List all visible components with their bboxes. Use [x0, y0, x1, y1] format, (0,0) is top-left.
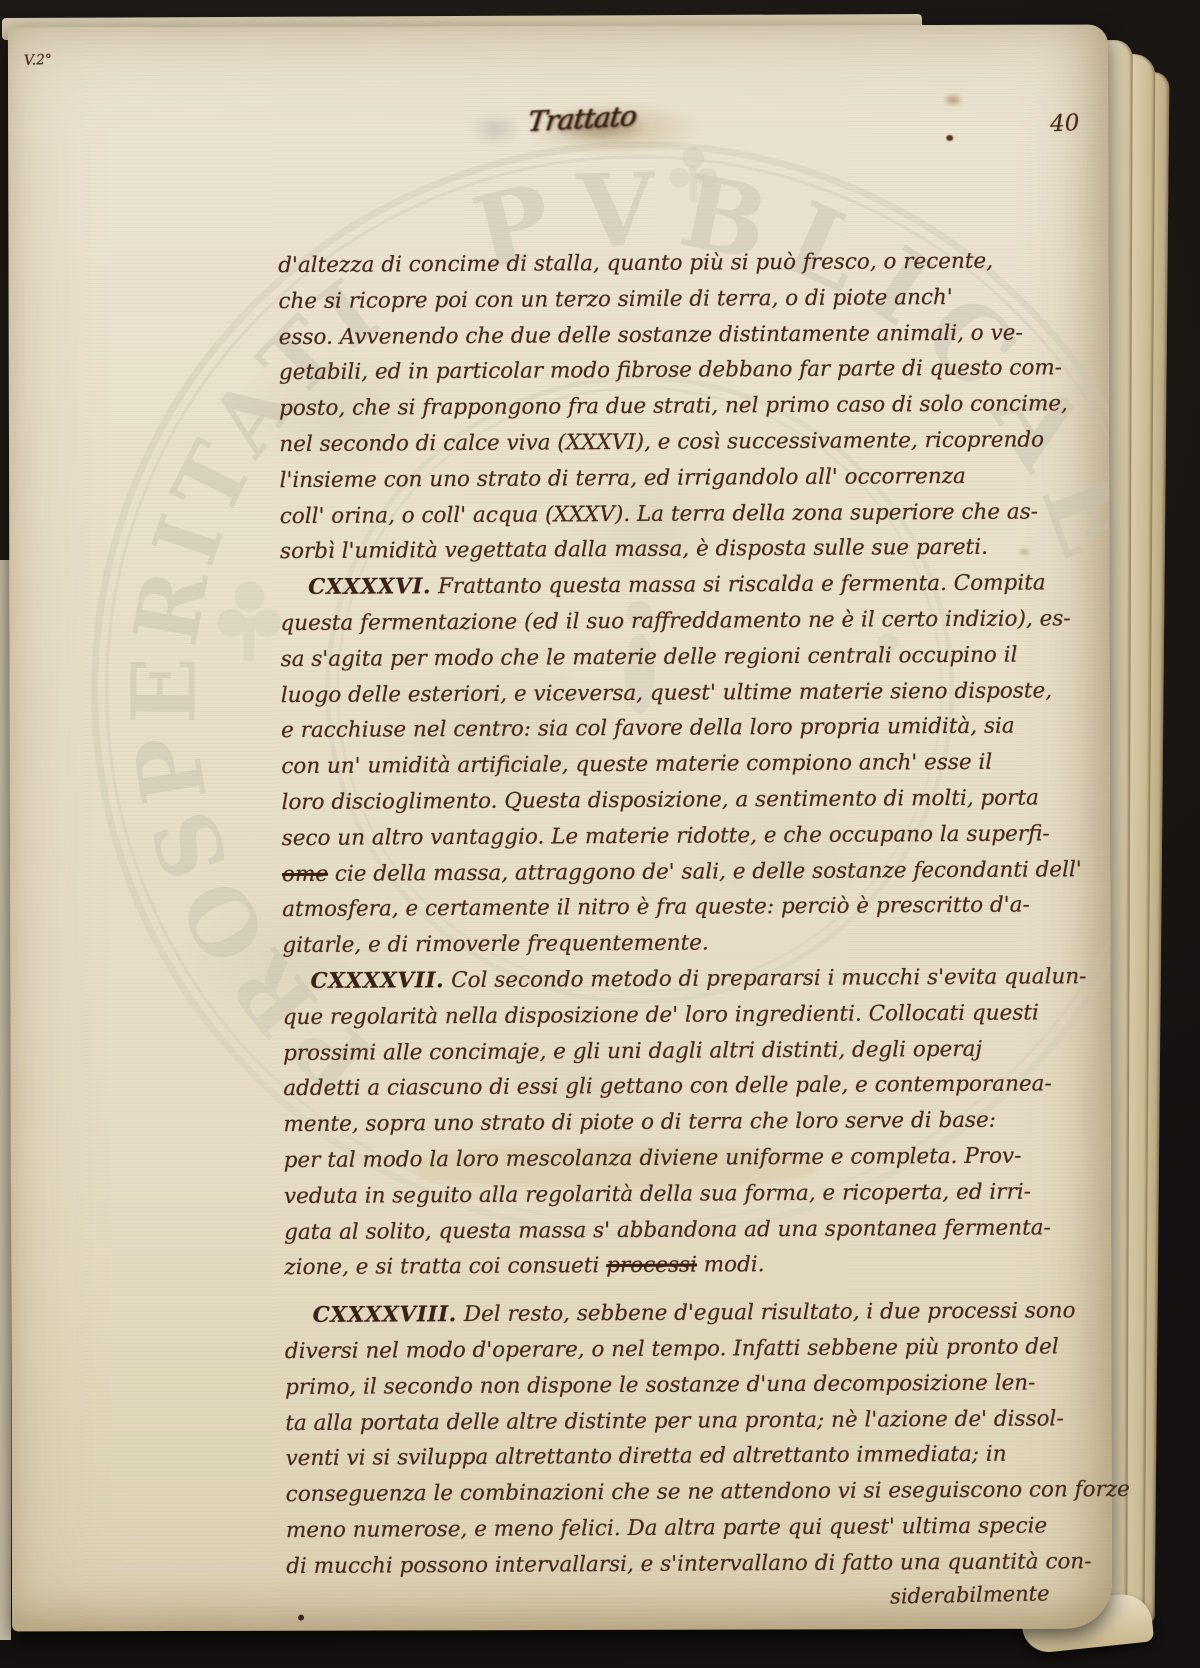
paragraph: CXXXXVIII.Del resto, sebbene d'egual ris… [285, 1293, 1065, 1584]
text-line: luogo delle esteriori, e viceversa, ques… [281, 673, 1059, 714]
line-text: Col secondo metodo di prepararsi i mucch… [451, 964, 1086, 993]
text-line: loro discioglimento. Questa disposizione… [281, 780, 1059, 821]
text-line: primo, il secondo non dispone le sostanz… [285, 1365, 1063, 1406]
text-line: gitarle, e di rimoverle frequentemente. [282, 923, 1060, 964]
line-text: cie della massa, attraggono de' sali, e … [328, 857, 1082, 887]
text-line: que regolarità nella disposizione de' lo… [283, 995, 1061, 1036]
text-line: per tal modo la loro mescolanza diviene … [284, 1138, 1062, 1179]
paragraph: CXXXXVII.Col secondo metodo di preparars… [283, 959, 1063, 1286]
page-number: 40 [1050, 110, 1080, 137]
text-line: gata al solito, questa massa s' abbandon… [284, 1210, 1062, 1251]
para-number: CXXXXVIII. [313, 1302, 457, 1328]
text-line: d'altezza di concime di stalla, quanto p… [278, 243, 1056, 284]
text-line: atmosfera, e certamente il nitro è fra q… [282, 888, 1060, 929]
text-line: di mucchi possono intervallarsi, e s'int… [286, 1544, 1064, 1585]
text-line: ta alla portata delle altre distinte per… [285, 1401, 1063, 1442]
text-line: posto, che si frappongono fra due strati… [279, 387, 1057, 428]
text-line: veduta in seguito alla regolarità della … [284, 1174, 1062, 1215]
text-line: che si ricopre poi con un terzo simile d… [278, 279, 1056, 320]
text-line: seco un altro vantaggio. Le materie rido… [282, 816, 1060, 857]
paragraph: CXXXXVI.Frattanto questa massa si riscal… [280, 566, 1060, 965]
text-line: mente, sopra uno strato di piote o di te… [283, 1102, 1061, 1143]
folio-mark: V.2° [24, 52, 53, 69]
stain [460, 106, 530, 152]
struck-word: ome [282, 861, 328, 886]
text-line: prossimi alle concimaje, e gli uni dagli… [283, 1031, 1061, 1072]
paragraph: d'altezza di concime di stalla, quanto p… [278, 243, 1058, 570]
text-line: addetti a ciascuno di essi gli gettano c… [283, 1067, 1061, 1108]
fox-spot [940, 91, 966, 109]
line-text: Del resto, sebbene d'egual risultato, i … [464, 1298, 1076, 1327]
text-line: esso. Avvenendo che due delle sostanze d… [279, 315, 1057, 356]
text-line: venti vi si sviluppa altrettanto diretta… [285, 1437, 1063, 1478]
scan-backdrop: PROSPERITATI PVBLICAE V.2° Trattato 40 [0, 0, 1200, 1668]
text-line: diversi nel modo d'operare, o nel tempo.… [285, 1329, 1063, 1370]
para-number: CXXXXVI. [308, 574, 431, 600]
catchword: siderabilmente [890, 1581, 1050, 1608]
ink-speck [946, 135, 953, 141]
text-line: meno numerose, e meno felici. Da altra p… [286, 1508, 1064, 1549]
text-line: CXXXXVI.Frattanto questa massa si riscal… [280, 566, 1058, 607]
text-line: e racchiuse nel centro: sia col favore d… [281, 709, 1059, 750]
header-inscription: Trattato [526, 99, 638, 138]
text-line: getabili, ed in particolar modo fibrose … [279, 351, 1057, 392]
text-line: nel secondo di calce viva (XXXVI), e cos… [279, 422, 1057, 463]
text-line: l'insieme con uno strato di terra, ed ir… [279, 458, 1057, 499]
text-line: CXXXXVII.Col secondo metodo di preparars… [283, 959, 1061, 1000]
text-line: con un' umidità artificiale, queste mate… [281, 744, 1059, 785]
text-line: sorbì l'umidità vegettata dalla massa, è… [280, 530, 1058, 571]
struck-word: processi [606, 1253, 697, 1279]
manuscript-page: PROSPERITATI PVBLICAE V.2° Trattato 40 [8, 25, 1112, 1632]
text-line: sa s'agita per modo che le materie delle… [281, 637, 1059, 678]
text-line: ome cie della massa, attraggono de' sali… [282, 852, 1060, 893]
text-line: zione, e si tratta coi consueti processi… [284, 1246, 1062, 1287]
line-text: zione, e si tratta coi consueti [284, 1253, 606, 1280]
text-line: coll' orina, o coll' acqua (XXXV). La te… [280, 494, 1058, 535]
line-text: Frattanto questa massa si riscalda e fer… [438, 571, 1046, 600]
ink-speck [298, 1615, 304, 1621]
text-line: questa fermentazione (ed il suo raffredd… [280, 601, 1058, 642]
text-line: CXXXXVIII.Del resto, sebbene d'egual ris… [285, 1293, 1063, 1334]
para-number: CXXXXVII. [311, 968, 445, 994]
manuscript-text: d'altezza di concime di stalla, quanto p… [278, 243, 1064, 1584]
text-line: conseguenza le combinazioni che se ne at… [286, 1472, 1064, 1513]
line-text: modi. [697, 1252, 765, 1277]
